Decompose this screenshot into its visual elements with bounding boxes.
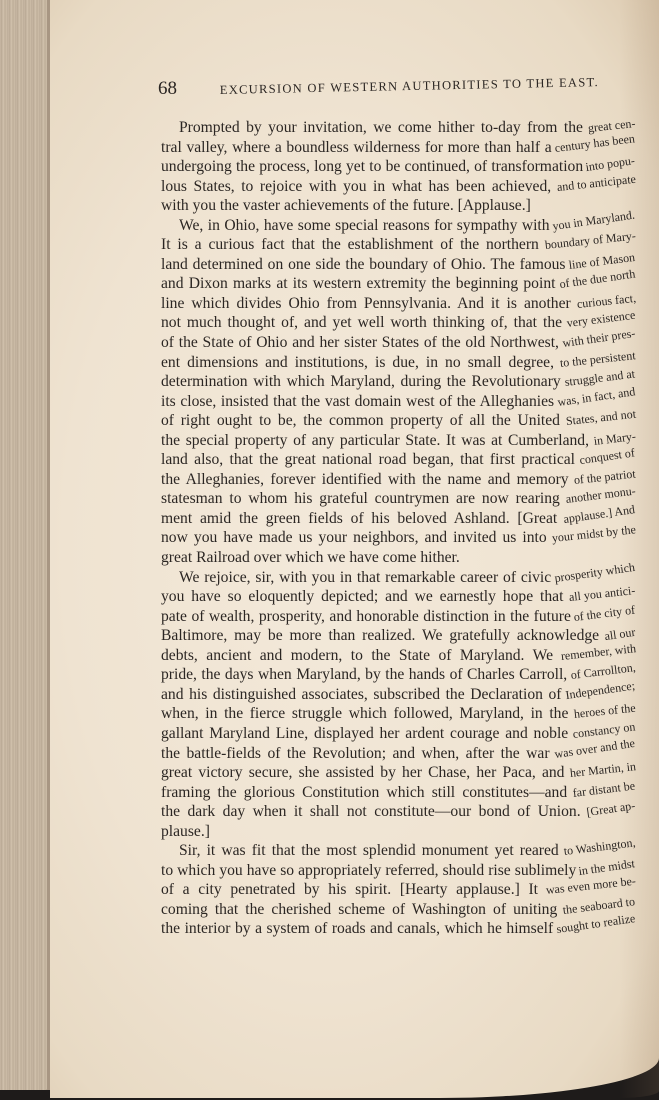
paragraph: Sir, it was fit that the most splendid m… xyxy=(161,841,637,939)
line-text: the interior by a system of roads and ca… xyxy=(161,920,558,937)
text-line: pate of wealth, prosperity, and honorabl… xyxy=(161,607,637,627)
text-line: framing the glorious Constitution which … xyxy=(161,783,637,803)
text-line: and Dixon marks at its western extremity… xyxy=(161,274,637,294)
line-text: land also, that the great national road … xyxy=(161,451,581,468)
line-text: of right ought to be, the common propert… xyxy=(161,412,567,429)
text-line: land determined on one side the boundary… xyxy=(161,255,637,275)
text-line: coming that the cherished scheme of Wash… xyxy=(161,900,637,920)
line-text: the battle-fields of the Revolution; and… xyxy=(161,745,556,762)
text-line: ent dimensions and institutions, is due,… xyxy=(161,353,637,373)
text-line: undergoing the process, long yet to be c… xyxy=(161,157,637,177)
running-head-title: EXCURSION OF WESTERN AUTHORITIES TO THE … xyxy=(220,75,599,98)
line-text: undergoing the process, long yet to be c… xyxy=(161,158,587,175)
scanned-book-page: 68 EXCURSION OF WESTERN AUTHORITIES TO T… xyxy=(0,0,659,1100)
page-number: 68 xyxy=(158,78,216,100)
text-line: the interior by a system of roads and ca… xyxy=(161,919,637,939)
line-text: Sir, it was fit that the most splendid m… xyxy=(179,842,565,859)
text-line: great victory secure, she assisted by he… xyxy=(161,763,637,783)
text-line: now you have made us your neighbors, and… xyxy=(161,528,637,548)
line-text: and Dixon marks at its western extremity… xyxy=(161,275,561,292)
text-line: determination with which Maryland, durin… xyxy=(161,372,637,392)
text-line: lous States, to rejoice with you in what… xyxy=(161,177,637,197)
line-text: Prompted by your invitation, we come hit… xyxy=(179,119,589,136)
line-text: framing the glorious Constitution which … xyxy=(161,784,574,801)
text-line: land also, that the great national road … xyxy=(161,450,637,470)
text-line: of right ought to be, the common propert… xyxy=(161,411,637,431)
text-line: pride, the days when Maryland, by the ha… xyxy=(161,665,637,685)
line-text: of a city penetrated by his spirit. [Hea… xyxy=(161,881,547,898)
line-text: land determined on one side the boundary… xyxy=(161,256,570,273)
text-line: its close, insisted that the vast domain… xyxy=(161,392,637,412)
text-line: We, in Ohio, have some special reasons f… xyxy=(161,216,637,236)
text-line: the dark day when it shall not constitut… xyxy=(161,802,637,822)
text-line: the Alleghanies, forever identified with… xyxy=(161,470,637,490)
running-head: 68 EXCURSION OF WESTERN AUTHORITIES TO T… xyxy=(158,78,638,100)
line-text: tral valley, where a boundless wildernes… xyxy=(161,139,556,156)
line-text: you have so eloquently depicted; and we … xyxy=(161,588,570,605)
text-line: statesman to whom his grateful countryme… xyxy=(161,489,637,509)
text-line: not much thought of, and yet well worth … xyxy=(161,313,637,333)
line-text: Baltimore, may be more than realized. We… xyxy=(161,627,606,644)
line-text: the special property of any particular S… xyxy=(161,432,595,449)
text-line: the special property of any particular S… xyxy=(161,431,637,451)
line-text: pate of wealth, prosperity, and honorabl… xyxy=(161,608,575,625)
text-line: ment amid the green fields of his belove… xyxy=(161,509,637,529)
line-text: and his distinguished associates, subscr… xyxy=(161,686,567,703)
line-text: statesman to whom his grateful countryme… xyxy=(161,490,567,507)
line-text: now you have made us your neighbors, and… xyxy=(161,529,553,546)
text-line: line which divides Ohio from Pennsylvani… xyxy=(161,294,637,314)
text-line: Baltimore, may be more than realized. We… xyxy=(161,626,637,646)
text-line: tral valley, where a boundless wildernes… xyxy=(161,138,637,158)
line-text: line which divides Ohio from Pennsylvani… xyxy=(161,295,578,312)
line-text: with you the vaster achievements of the … xyxy=(161,197,531,214)
paragraph: We rejoice, sir, with you in that remark… xyxy=(161,568,637,842)
line-text: We rejoice, sir, with you in that remark… xyxy=(179,569,556,586)
text-line: of a city penetrated by his spirit. [Hea… xyxy=(161,880,637,900)
text-line: of the State of Ohio and her sister Stat… xyxy=(161,333,637,353)
line-text: to which you have so appropriately refer… xyxy=(161,862,580,879)
text-line: It is a curious fact that the establishm… xyxy=(161,235,637,255)
text-line: We rejoice, sir, with you in that remark… xyxy=(161,568,637,588)
line-text: debts, ancient and modern, to the State … xyxy=(161,647,562,664)
line-text: pride, the days when Maryland, by the ha… xyxy=(161,666,572,683)
line-text: determination with which Maryland, durin… xyxy=(161,373,566,390)
line-text: great victory secure, she assisted by he… xyxy=(161,764,571,781)
text-line: Sir, it was fit that the most splendid m… xyxy=(161,841,637,861)
line-text: not much thought of, and yet well worth … xyxy=(161,314,568,331)
body-text: Prompted by your invitation, we come hit… xyxy=(161,118,637,939)
line-text: lous States, to rejoice with you in what… xyxy=(161,178,558,195)
line-text: coming that the cherished scheme of Wash… xyxy=(161,901,564,918)
text-line: to which you have so appropriately refer… xyxy=(161,861,637,881)
paragraph: Prompted by your invitation, we come hit… xyxy=(161,118,637,216)
book-page-edges xyxy=(0,0,50,1090)
line-text: the Alleghanies, forever identified with… xyxy=(161,471,575,488)
line-text: plause.] xyxy=(161,823,210,840)
line-text: We, in Ohio, have some special reasons f… xyxy=(179,217,554,234)
text-line: when, in the fierce struggle which follo… xyxy=(161,704,637,724)
text-line: debts, ancient and modern, to the State … xyxy=(161,646,637,666)
line-text: ent dimensions and institutions, is due,… xyxy=(161,354,561,371)
line-text: ment amid the green fields of his belove… xyxy=(161,510,565,527)
line-text: great Railroad over which we have come h… xyxy=(161,549,460,566)
text-line: you have so eloquently depicted; and we … xyxy=(161,587,637,607)
text-line: with you the vaster achievements of the … xyxy=(161,196,637,216)
text-line: Prompted by your invitation, we come hit… xyxy=(161,118,637,138)
text-line: plause.] xyxy=(161,822,637,842)
text-line: great Railroad over which we have come h… xyxy=(161,548,637,568)
line-text: It is a curious fact that the establishm… xyxy=(161,236,546,253)
line-text: the dark day when it shall not constitut… xyxy=(161,803,588,820)
line-text: gallant Maryland Line, displayed her ard… xyxy=(161,725,574,742)
text-line: gallant Maryland Line, displayed her ard… xyxy=(161,724,637,744)
text-line: the battle-fields of the Revolution; and… xyxy=(161,744,637,764)
line-text: when, in the fierce struggle which follo… xyxy=(161,705,575,722)
line-text: its close, insisted that the vast domain… xyxy=(161,393,559,410)
paragraph: We, in Ohio, have some special reasons f… xyxy=(161,216,637,568)
line-text: of the State of Ohio and her sister Stat… xyxy=(161,334,564,351)
text-line: and his distinguished associates, subscr… xyxy=(161,685,637,705)
